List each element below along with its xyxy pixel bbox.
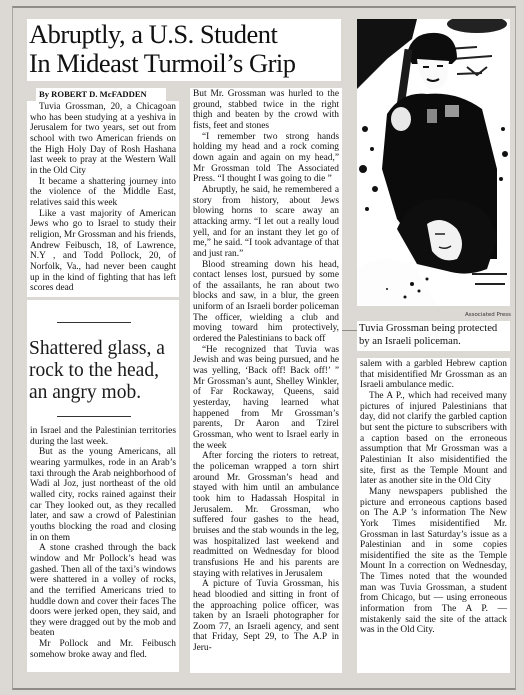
paragraph: Many newspapers published the picture an…	[360, 487, 507, 636]
column-2: But Mr. Grossman was hurled to the groun…	[190, 88, 342, 673]
paragraph: Abruptly, he said, he remembered a story…	[193, 185, 339, 260]
pull-quote: Shattered glass, a rock to the head, an …	[27, 338, 179, 408]
paragraph-continuation: But Mr. Grossman was hurled to the groun…	[193, 89, 339, 132]
pull-quote-rule-bottom	[57, 416, 131, 417]
paragraph: It became a shattering journey into the …	[30, 177, 176, 209]
paragraph: After forcing the rioters to retreat, th…	[193, 451, 339, 579]
photo-caption: Tuvia Grossman being protected by an Isr…	[357, 321, 510, 351]
headline-line-2: In Mideast Turmoil’s Grip	[29, 49, 341, 78]
pull-quote-line-1: Shattered glass, a	[29, 338, 179, 360]
paragraph: But as the young Americans, all wearing …	[30, 447, 176, 543]
paragraph: Like a vast majority of American Jews wh…	[30, 209, 176, 294]
paragraph-continuation: salem with a garbled Hebrew caption that…	[360, 359, 507, 391]
column-3: salem with a garbled Hebrew caption that…	[357, 358, 510, 673]
pull-quote-rule-top	[57, 322, 131, 323]
policeman-photo-illustration	[357, 19, 510, 306]
paragraph: A stone crashed through the back window …	[30, 543, 176, 639]
paragraph: The A P., which had received many pictur…	[360, 391, 507, 487]
paragraph: Mr Pollock and Mr. Feibusch somehow brok…	[30, 639, 176, 660]
pull-quote-line-3: an angry mob.	[29, 382, 179, 404]
paragraph: Blood streaming down his head, contact l…	[193, 260, 339, 345]
column-1-top: Tuvia Grossman, 20, a Chicagoan who has …	[27, 101, 179, 297]
paragraph: “I remember two strong hands holding my …	[193, 132, 339, 185]
photo-credit: Associated Press	[455, 311, 511, 319]
paragraph: “He recognized that Tuvia was Jewish and…	[193, 345, 339, 452]
byline: By ROBERT D. McFADDEN	[36, 88, 166, 101]
paragraph: Tuvia Grossman, 20, a Chicagoan who has …	[30, 102, 176, 177]
pull-quote-line-2: rock to the head,	[29, 360, 179, 382]
paragraph: A picture of Tuvia Grossman, his head bl…	[193, 579, 339, 654]
column-1-bottom: in Israel and the Palestinian territorie…	[27, 425, 179, 672]
headline: Abruptly, a U.S. Student In Mideast Turm…	[27, 19, 341, 81]
paragraph-continuation: in Israel and the Palestinian territorie…	[30, 426, 176, 447]
news-photo	[357, 19, 510, 306]
headline-line-1: Abruptly, a U.S. Student	[29, 20, 341, 49]
